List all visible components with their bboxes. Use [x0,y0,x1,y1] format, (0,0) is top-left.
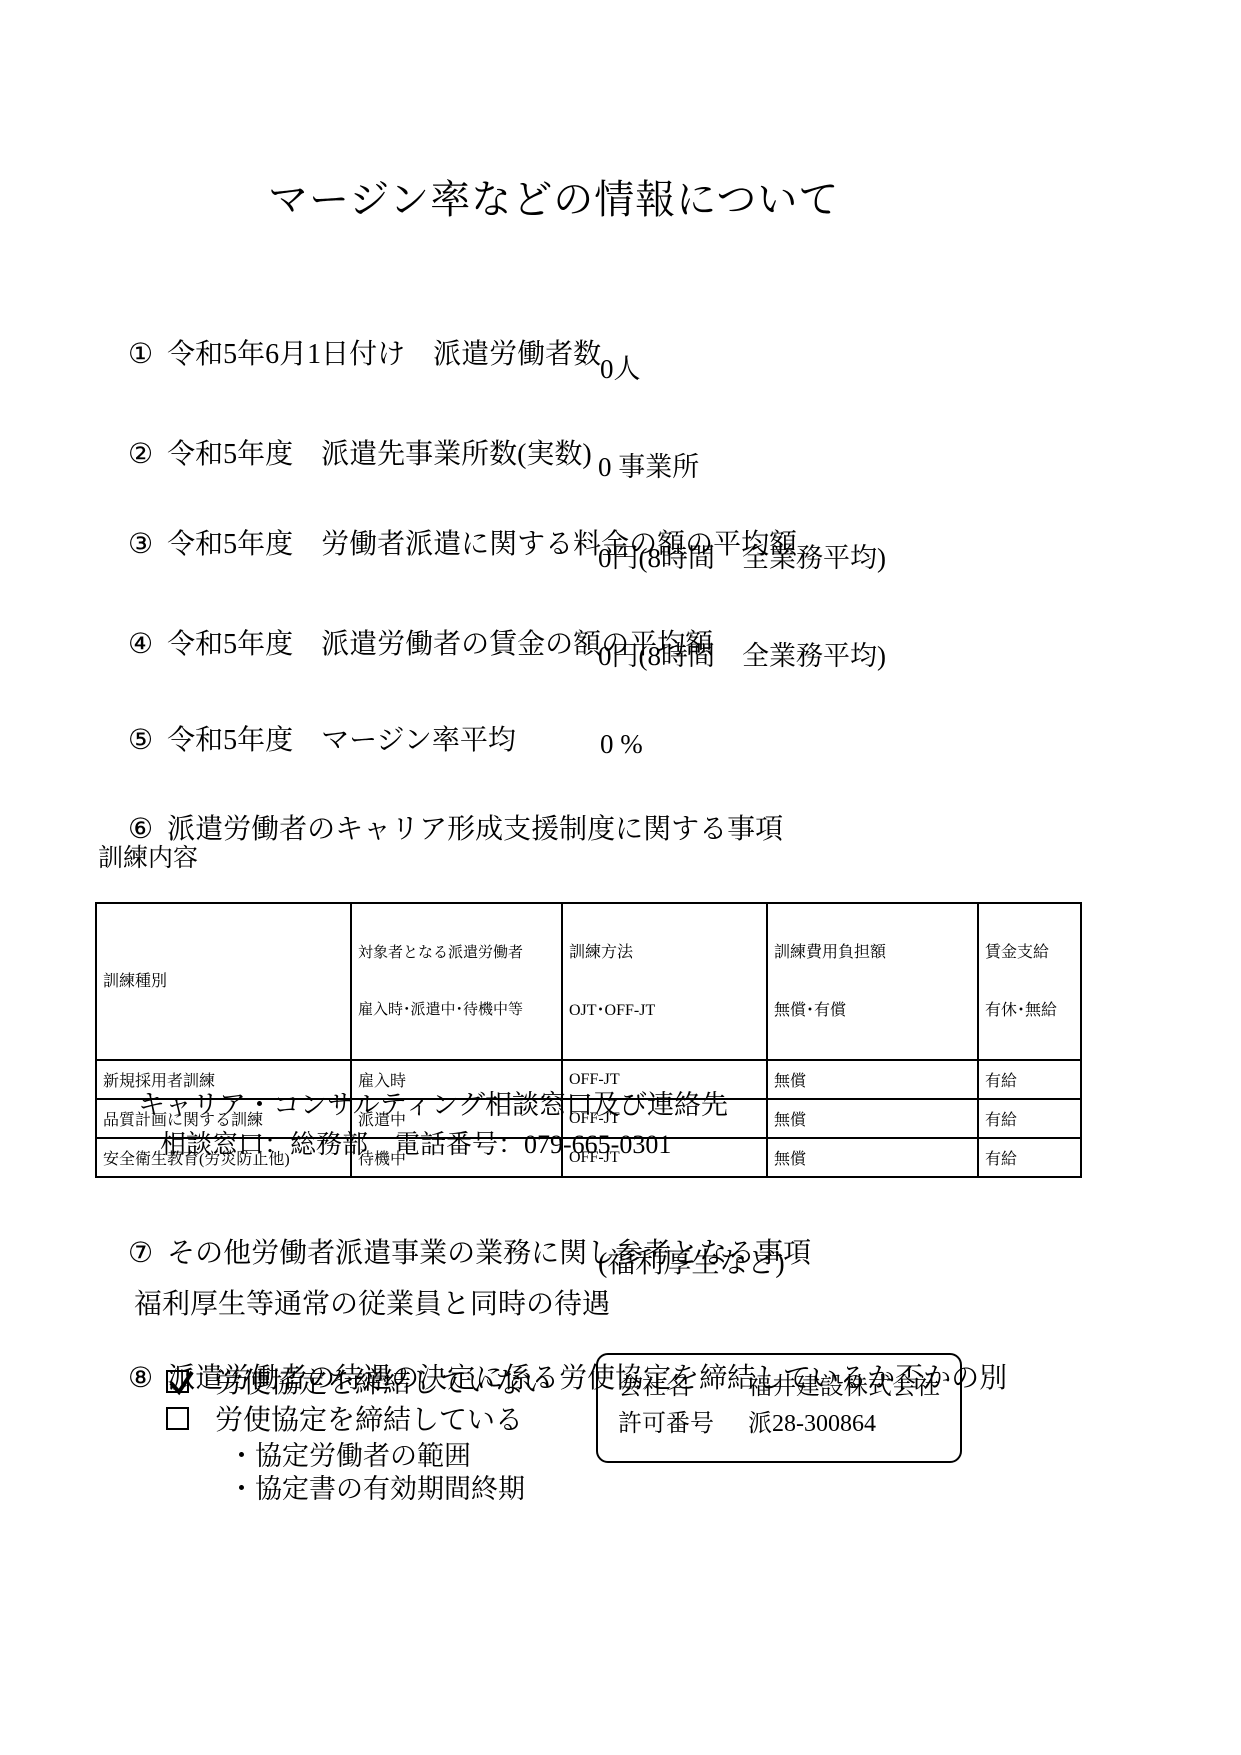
company-name-value: 福井建設株式会社 [748,1369,940,1406]
header-training-type: 訓練種別 [96,903,351,1060]
cell-wage: 有給 [978,1138,1081,1177]
header-target-workers: 対象者となる派遣労働者 雇入時･派遣中･待機中等 [351,903,562,1060]
item-8-number: ⑧ [128,1363,153,1394]
company-permit-row: 許可番号 派28-300864 [618,1406,960,1443]
item-4-number: ④ [128,629,153,660]
item-5-value: 0 % [600,729,643,760]
item-3-value: 0円(8時間 全業務平均) [598,536,886,575]
item-7-note: (福利厚生など) [598,1241,785,1281]
cell-wage: 有給 [978,1099,1081,1138]
item-1-number: ① [128,339,153,370]
career-consulting-heading: キャリア・コンサルティング相談窓口及び連絡先 [138,1083,728,1122]
document-page: マージン率などの情報について ①令和5年6月1日付け 派遣労働者数 0人 ②令和… [0,0,1241,1755]
cell-cost: 無償 [767,1138,978,1177]
item-1-label: 令和5年6月1日付け 派遣労働者数 [167,339,601,370]
item-2: ②令和5年度 派遣先事業所数(実数) [100,400,592,504]
header-wage-payment: 賃金支給 有休･無給 [978,903,1081,1060]
item-3-number: ③ [128,529,153,560]
item-2-value: 0 事業所 [598,445,699,484]
header-training-method: 訓練方法 OJT･OFF-JT [562,903,767,1060]
company-name-label: 会社名 [618,1369,748,1406]
cell-cost: 無償 [767,1099,978,1138]
item-4-value: 0円(8時間 全業務平均) [598,634,886,673]
career-consulting-detail: 相談窓口：総務部 電話番号：079-665-0301 [160,1124,671,1161]
training-table-wrapper: 訓練種別 対象者となる派遣労働者 雇入時･派遣中･待機中等 訓練方法 OJT･O… [95,866,1082,1214]
option-no-agreement: 労使協定を締結していない [166,1361,551,1401]
item-2-label: 令和5年度 派遣先事業所数(実数) [167,439,592,470]
item-1: ①令和5年6月1日付け 派遣労働者数 [100,300,601,404]
option-has-agreement: 労使協定を締結している [166,1398,523,1438]
checkbox-no-agreement[interactable] [166,1370,189,1393]
page-title: マージン率などの情報について [268,168,839,225]
checkbox-has-agreement[interactable] [166,1407,189,1430]
item-5-label: 令和5年度 マージン率平均 [167,725,516,756]
company-permit-label: 許可番号 [618,1406,748,1443]
company-name-row: 会社名 福井建設株式会社 [618,1369,960,1406]
header-cost-burden: 訓練費用負担額 無償･有償 [767,903,978,1060]
item-1-value: 0人 [600,347,641,386]
company-permit-value: 派28-300864 [748,1406,876,1443]
item-5-number: ⑤ [128,725,153,756]
item-7-detail: 福利厚生等通常の従業員と同時の待遇 [134,1282,610,1322]
item-2-number: ② [128,439,153,470]
training-table-header-row: 訓練種別 対象者となる派遣労働者 雇入時･派遣中･待機中等 訓練方法 OJT･O… [96,903,1081,1060]
cell-wage: 有給 [978,1060,1081,1099]
option-no-agreement-label: 労使協定を締結していない [215,1361,551,1401]
item-6-label: 派遣労働者のキャリア形成支援制度に関する事項 [167,814,783,845]
company-info-box: 会社名 福井建設株式会社 許可番号 派28-300864 [596,1353,962,1463]
option-has-agreement-label: 労使協定を締結している [215,1398,523,1438]
item-8-sub-item-expiry: ・協定書の有効期間終期 [228,1467,525,1506]
item-6: ⑥派遣労働者のキャリア形成支援制度に関する事項 [100,775,783,879]
cell-cost: 無償 [767,1060,978,1099]
checkmark-icon [166,1368,196,1398]
item-7-number: ⑦ [128,1238,153,1269]
